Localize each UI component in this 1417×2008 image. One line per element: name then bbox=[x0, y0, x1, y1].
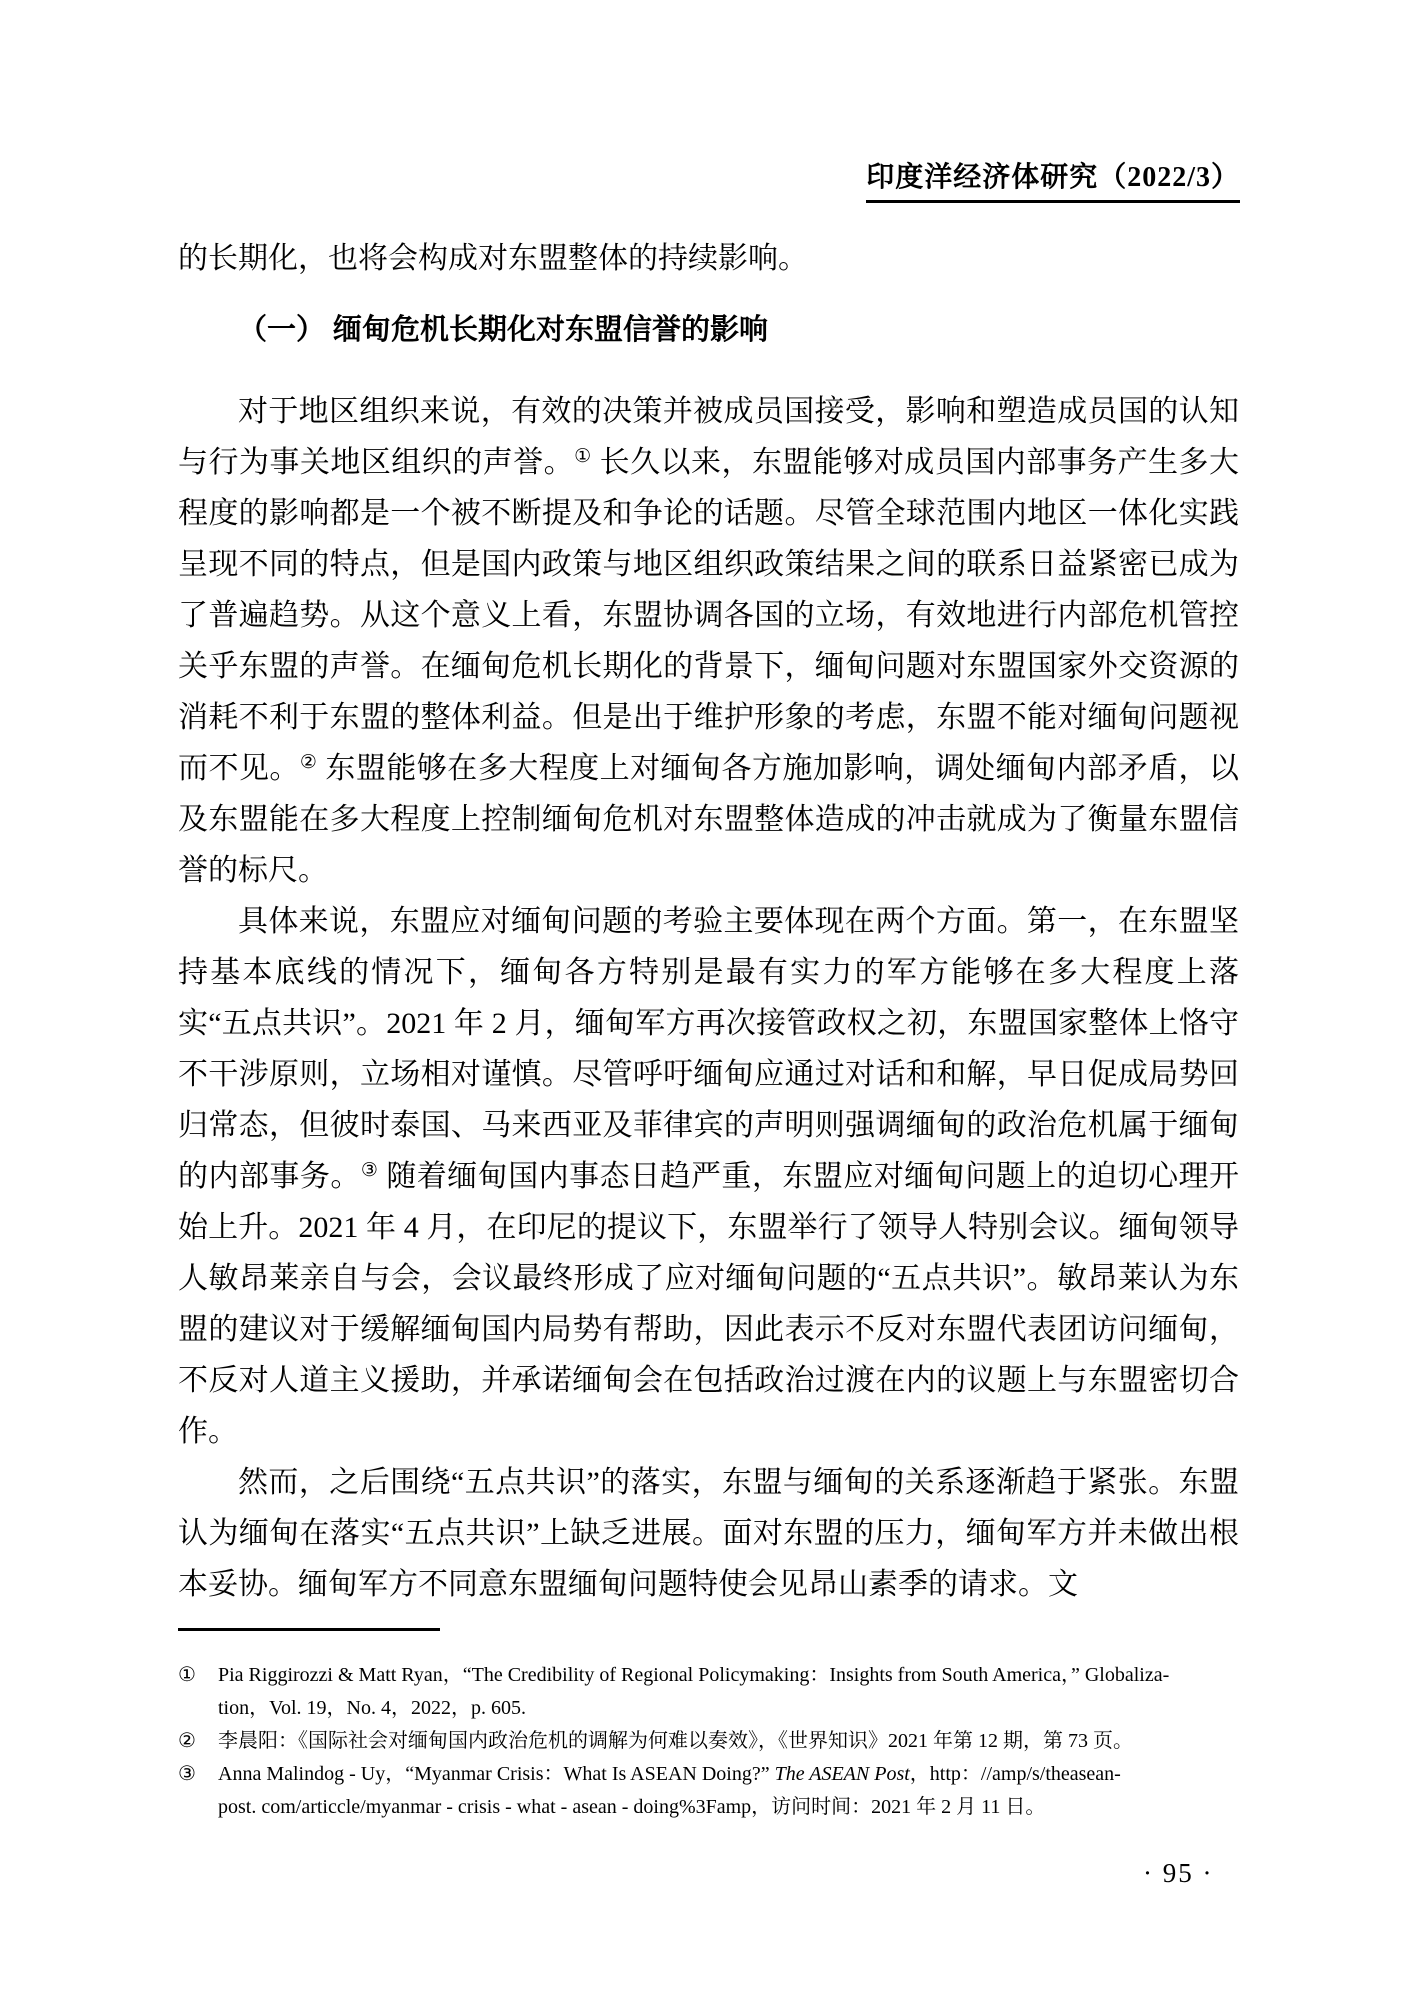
body-paragraph: 具体来说，东盟应对缅甸问题的考验主要体现在两个方面。第一，在东盟坚持基本底线的情… bbox=[178, 896, 1239, 1457]
footnote-text: 李晨阳：《国际社会对缅甸国内政治危机的调解为何难以奏效》，《世界知识》2021 … bbox=[218, 1730, 1133, 1752]
footnote-marker: ① bbox=[178, 1659, 218, 1692]
paragraph-list: 对于地区组织来说，有效的决策并被成员国接受，影响和塑造成员国的认知与行为事关地区… bbox=[178, 386, 1239, 1610]
footnote-text: Anna Malindog - Uy，“Myanmar Crisis：What … bbox=[218, 1763, 1121, 1818]
journal-title: 印度洋经济体研究（2022/3） bbox=[866, 162, 1240, 193]
section-heading: （一） 缅甸危机长期化对东盟信誉的影响 bbox=[178, 305, 1239, 356]
page-number: · 95 · bbox=[1143, 1858, 1213, 1889]
footnote-marker: ② bbox=[178, 1725, 218, 1758]
footnote: ②李晨阳：《国际社会对缅甸国内政治危机的调解为何难以奏效》，《世界知识》2021… bbox=[178, 1725, 1239, 1758]
footnote-ref: ③ bbox=[361, 1160, 379, 1181]
journal-header: 印度洋经济体研究（2022/3） bbox=[866, 161, 1240, 203]
footnote: ①Pia Riggirozzi & Matt Ryan，“The Credibi… bbox=[178, 1659, 1239, 1725]
footnote: ③Anna Malindog - Uy，“Myanmar Crisis：What… bbox=[178, 1758, 1239, 1824]
document-page: 印度洋经济体研究（2022/3） 的长期化，也将会构成对东盟整体的持续影响。 （… bbox=[0, 0, 1417, 2008]
page-body: 的长期化，也将会构成对东盟整体的持续影响。 （一） 缅甸危机长期化对东盟信誉的影… bbox=[178, 233, 1239, 1610]
continuation-paragraph: 的长期化，也将会构成对东盟整体的持续影响。 bbox=[178, 233, 1239, 284]
footnote-ref: ① bbox=[574, 446, 592, 467]
footnote-separator bbox=[178, 1628, 440, 1631]
body-paragraph: 然而，之后围绕“五点共识”的落实，东盟与缅甸的关系逐渐趋于紧张。东盟认为缅甸在落… bbox=[178, 1457, 1239, 1610]
footnote-text: Pia Riggirozzi & Matt Ryan，“The Credibil… bbox=[218, 1664, 1169, 1719]
footnote-marker: ③ bbox=[178, 1758, 218, 1791]
footnote-list: ①Pia Riggirozzi & Matt Ryan，“The Credibi… bbox=[178, 1659, 1239, 1824]
footnote-ref: ② bbox=[300, 752, 318, 773]
body-paragraph: 对于地区组织来说，有效的决策并被成员国接受，影响和塑造成员国的认知与行为事关地区… bbox=[178, 386, 1239, 896]
